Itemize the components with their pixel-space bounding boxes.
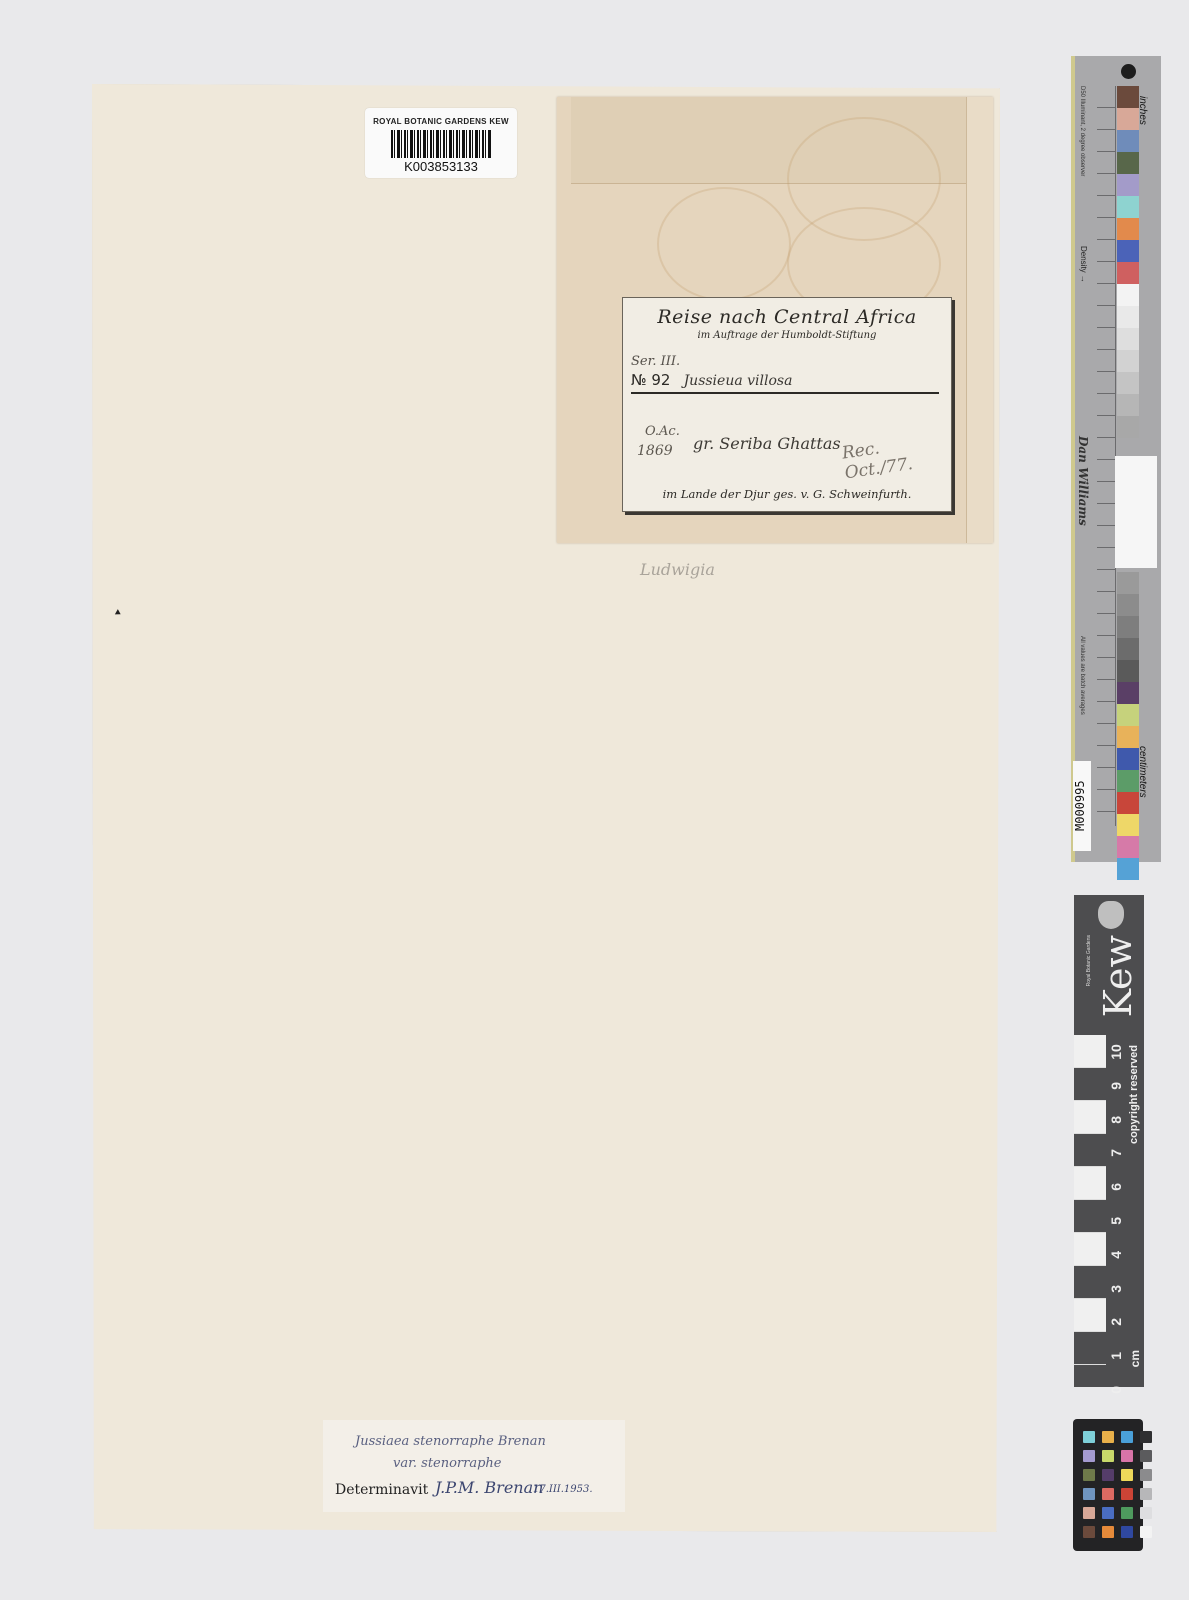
color-swatch [1117, 792, 1139, 814]
illuminant-note: D50 Illuminant, 2 degree observer [1079, 86, 1085, 176]
color-swatch [1117, 284, 1139, 306]
checker-patch [1140, 1431, 1152, 1443]
collection-date-year: 1869 [637, 443, 673, 459]
checker-patch [1140, 1488, 1152, 1500]
checker-patch [1121, 1431, 1133, 1443]
color-swatch [1117, 594, 1139, 616]
checker-patch [1083, 1431, 1095, 1443]
crest-icon [1098, 901, 1124, 929]
scale-number: 9 [1108, 1069, 1124, 1103]
kew-scale-bar: Royal Botanic Gardens Kew 109876543210 c… [1074, 895, 1144, 1387]
scale-number: 8 [1108, 1103, 1124, 1137]
color-swatch [1117, 858, 1139, 880]
color-swatch [1117, 196, 1139, 218]
color-swatch [1117, 130, 1139, 152]
color-swatch [1117, 328, 1139, 350]
barcode-bars [391, 130, 491, 158]
scale-number: 3 [1108, 1272, 1124, 1306]
det-date: 17.III.1953. [533, 1484, 593, 1495]
checker-patch [1121, 1488, 1133, 1500]
color-swatch [1117, 350, 1139, 372]
color-swatch [1117, 836, 1139, 858]
scale-number: 2 [1108, 1305, 1124, 1339]
checker-patch [1102, 1450, 1114, 1462]
checker-patch [1083, 1507, 1095, 1519]
checker-patch [1102, 1431, 1114, 1443]
checker-patch [1102, 1526, 1114, 1538]
color-swatch [1117, 726, 1139, 748]
checker-patch [1121, 1450, 1133, 1462]
color-swatch [1117, 814, 1139, 836]
scale-number: 10 [1108, 1035, 1124, 1069]
received-note: Rec. Oct./77. [841, 429, 954, 484]
color-swatch [1117, 394, 1139, 416]
brand-label: Dan Williams [1076, 436, 1090, 526]
color-swatch [1117, 638, 1139, 660]
collection-number: № 92 [631, 371, 670, 389]
checker-patch [1083, 1469, 1095, 1481]
color-swatch [1117, 108, 1139, 130]
checker-patch [1102, 1488, 1114, 1500]
color-checker-chart [1073, 1419, 1143, 1551]
collector-line: im Lande der Djur ges. v. G. Schweinfurt… [623, 487, 951, 501]
packet-flap-right [966, 97, 993, 543]
checker-patch [1140, 1526, 1152, 1538]
checker-patch [1121, 1507, 1133, 1519]
checker-patch [1140, 1469, 1152, 1481]
checker-patch [1083, 1488, 1095, 1500]
color-swatch [1117, 770, 1139, 792]
color-swatch [1117, 372, 1139, 394]
color-swatch [1117, 572, 1139, 594]
color-swatch [1117, 174, 1139, 196]
bar-id: M000995 [1073, 761, 1091, 851]
checker-patch [1121, 1469, 1133, 1481]
det-name-line1: Jussiaea stenorraphe Brenan [355, 1434, 546, 1449]
determination-slip: Jussiaea stenorraphe Brenan var. stenorr… [323, 1420, 625, 1512]
scale-numbers: 109876543210 [1108, 1035, 1128, 1375]
scale-ticks [1097, 86, 1116, 826]
color-swatch [1117, 682, 1139, 704]
color-swatch [1117, 660, 1139, 682]
determiner-signature: J.P.M. Brenan [435, 1478, 543, 1497]
inches-label: inches [1137, 96, 1148, 125]
locality: gr. Seriba Ghattas [693, 434, 841, 453]
checker-patch [1102, 1507, 1114, 1519]
species-name: Jussieua villosa [684, 373, 793, 389]
resolution-target [1115, 456, 1157, 568]
det-name-line2: var. stenorraphe [393, 1456, 502, 1471]
color-swatch [1117, 704, 1139, 726]
water-stain [657, 187, 791, 301]
checker-patch [1102, 1469, 1114, 1481]
scale-number: 0 [1108, 1373, 1124, 1407]
color-swatch [1117, 748, 1139, 770]
checker-patch [1140, 1507, 1152, 1519]
centimeters-label: centimeters [1137, 746, 1148, 798]
collection-date-day: O.Ac. [645, 424, 680, 439]
scale-number: 1 [1108, 1339, 1124, 1373]
checker-patch [1121, 1526, 1133, 1538]
scale-number: 5 [1108, 1204, 1124, 1238]
copyright-text: copyright reserved [1128, 1045, 1140, 1144]
color-swatch [1117, 262, 1139, 284]
institution-name: ROYAL BOTANIC GARDENS KEW [365, 117, 517, 126]
unit-label: cm [1128, 1350, 1142, 1367]
genus-annotation: Ludwigia [640, 560, 715, 579]
barcode-label: ROYAL BOTANIC GARDENS KEW K003853133 [365, 108, 517, 178]
density-label: Density → [1079, 246, 1088, 283]
kew-small-text: Royal Botanic Gardens [1086, 935, 1092, 986]
checker-patch [1083, 1450, 1095, 1462]
color-swatch [1117, 416, 1139, 438]
color-swatch [1117, 152, 1139, 174]
average-note: All values are batch averages [1079, 636, 1085, 715]
punch-hole [1121, 64, 1136, 79]
checker-patch [1140, 1450, 1152, 1462]
scale-blocks [1074, 1035, 1106, 1375]
number-row: № 92 Jussieua villosa [631, 370, 939, 394]
scale-number: 6 [1108, 1170, 1124, 1204]
scale-number: 7 [1108, 1136, 1124, 1170]
kew-logo: Kew [1096, 935, 1140, 1017]
label-title: Reise nach Central Africa [623, 306, 951, 328]
color-calibration-bar: D50 Illuminant, 2 degree observer Densit… [1071, 56, 1161, 862]
det-label: Determinavit [335, 1482, 428, 1498]
checker-patch [1083, 1526, 1095, 1538]
label-subtitle: im Auftrage der Humboldt-Stiftung [623, 330, 951, 341]
color-swatch [1117, 240, 1139, 262]
series-number: Ser. III. [631, 354, 680, 369]
color-swatch [1117, 306, 1139, 328]
color-swatch [1117, 616, 1139, 638]
color-swatch [1117, 86, 1139, 108]
scale-number: 4 [1108, 1238, 1124, 1272]
collection-label: Reise nach Central Africa im Auftrage de… [622, 297, 952, 512]
barcode-number: K003853133 [365, 159, 517, 174]
color-swatch [1117, 218, 1139, 240]
